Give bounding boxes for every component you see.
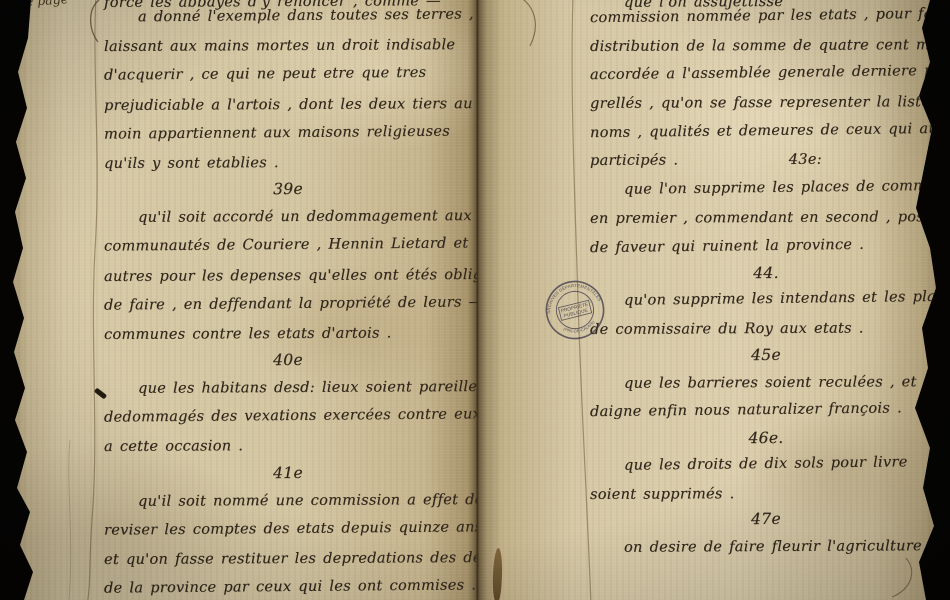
manuscript-line: dedommagés des vexations exercées contre… [104, 401, 472, 433]
manuscript-line: que l'on supprime les places de commenda… [590, 172, 942, 205]
manuscript-line: que les habitans desd: lieux soient pare… [104, 373, 472, 404]
manuscript-photo: me page force les abbayes d'y renoncer ,… [0, 0, 950, 600]
manuscript-line: de commissaire du Roy aux etats . [590, 314, 942, 345]
manuscript-line: noms , qualités et demeures de ceux qui … [590, 115, 942, 148]
manuscript-line: communautés de Couriere , Hennin Lietard… [104, 230, 472, 262]
article-number: 39e [104, 176, 472, 204]
article-number: 40e [104, 346, 472, 374]
manuscript-line: et qu'on fasse restituer les depredation… [104, 544, 472, 575]
manuscript-text-left: force les abbayes d'y renoncer , comme —… [104, 0, 472, 600]
manuscript-line: communes contre les etats d'artois . [104, 319, 472, 350]
manuscript-line: participés . 43e: [590, 146, 942, 177]
manuscript-line: a donné l'exemple dans toutes ses terres… [104, 0, 472, 32]
manuscript-line: laissant aux mains mortes un droit indis… [104, 31, 472, 62]
manuscript-line: que les droits de dix sols pour livre [590, 448, 942, 481]
article-number: 41e [104, 459, 472, 487]
manuscript-line: moin appartiennent aux maisons religieus… [104, 117, 472, 149]
manuscript-line: qu'il soit accordé un dedommagement aux [104, 202, 472, 233]
manuscript-line: on desire de faire fleurir l'agriculture [590, 532, 942, 563]
manuscript-line: en premier , commendant en second , post… [590, 203, 942, 234]
manuscript-line: de faveur qui ruinent la province . [590, 229, 942, 262]
manuscript-line: grellés , qu'on se fasse representer la … [590, 88, 942, 119]
manuscript-line: daigne enfin nous naturalizer françois . [590, 394, 942, 427]
manuscript-line: a cette occasion . [104, 431, 472, 462]
manuscript-line: prejudiciable a l'artois , dont les deux… [104, 90, 472, 121]
manuscript-line: de faire , en deffendant la propriété de… [104, 288, 472, 320]
manuscript-line: autres pour les depenses qu'elles ont ét… [104, 261, 472, 292]
manuscript-line: d'acquerir , ce qui ne peut etre que tre… [104, 59, 472, 91]
article-number: 47e [590, 505, 942, 534]
manuscript-line: reviser les comptes des etats depuis qui… [104, 513, 472, 545]
left-page: me page force les abbayes d'y renoncer ,… [0, 0, 478, 600]
manuscript-line: qu'il soit nommé une commission a effet … [104, 486, 472, 517]
manuscript-line: commission nommée par les etats , pour f… [590, 0, 942, 33]
manuscript-line: accordée a l'assemblée generale derniere… [590, 57, 942, 90]
manuscript-line: de la province par ceux qui les ont comm… [104, 572, 472, 600]
margin-note: me page [14, 0, 69, 10]
article-number: 45e [590, 340, 942, 369]
gutter-fold [468, 0, 486, 600]
manuscript-line: qu'on supprime les intendans et les plac… [590, 283, 942, 316]
manuscript-line: qu'ils y sont etablies . [104, 148, 472, 179]
manuscript-text-right: que l'on assujettissecommission nommée p… [590, 0, 942, 561]
right-page: que l'on assujettissecommission nommée p… [478, 0, 950, 600]
